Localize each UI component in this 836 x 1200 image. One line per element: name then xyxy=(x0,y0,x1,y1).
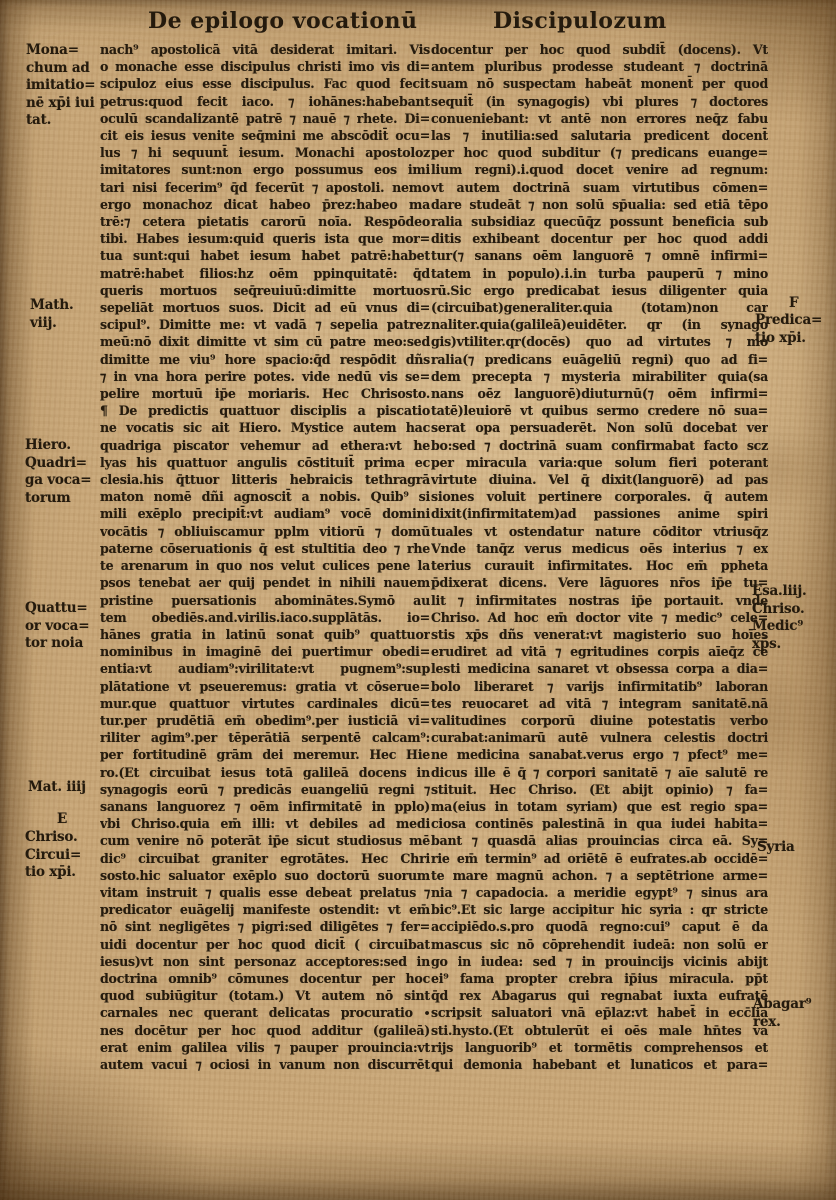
book-page-scan: De epilogo vocationū Discipulozum nach⁹ … xyxy=(0,0,836,1200)
margin-note-esa-chriso-medicus: Esa.liij. Chriso. Medic⁹ xp̄s. xyxy=(752,583,807,653)
margin-note-quattuor-vocatorum-nomina: Quattu= or voca= tor noia xyxy=(25,600,89,653)
running-title-left: De epilogo vocationū xyxy=(148,8,418,34)
margin-note-predicatio-xpi: Predica= tio xp̄i. xyxy=(755,312,822,347)
margin-note-monachum-ad-imitationem: Mona= chum ad imitatio= nē xp̄i iui tat. xyxy=(26,42,104,130)
margin-ref-letter-e: E xyxy=(57,811,67,829)
margin-note-mat-iiii: Mat. iiij xyxy=(28,779,86,797)
margin-note-chriso-circuitio-xpi: Chriso. Circui= tio xp̄i. xyxy=(25,829,81,882)
running-title-right: Discipulozum xyxy=(493,8,667,34)
margin-note-math-viii: Math. viij. xyxy=(30,297,73,332)
text-column-right: docentur per hoc quod subdit̄ (docens). … xyxy=(431,41,768,1077)
text-column-left: nach⁹ apostolicā vitā desiderat imitari.… xyxy=(100,41,430,1077)
margin-note-abagarus-rex: Abagar⁹ rex. xyxy=(753,996,811,1031)
margin-note-hiero-quadriga-vocatorum: Hiero. Quadri= ga voca= torum xyxy=(25,437,91,507)
margin-note-syria: Syria xyxy=(757,839,795,857)
margin-ref-letter-f: F xyxy=(789,295,798,313)
